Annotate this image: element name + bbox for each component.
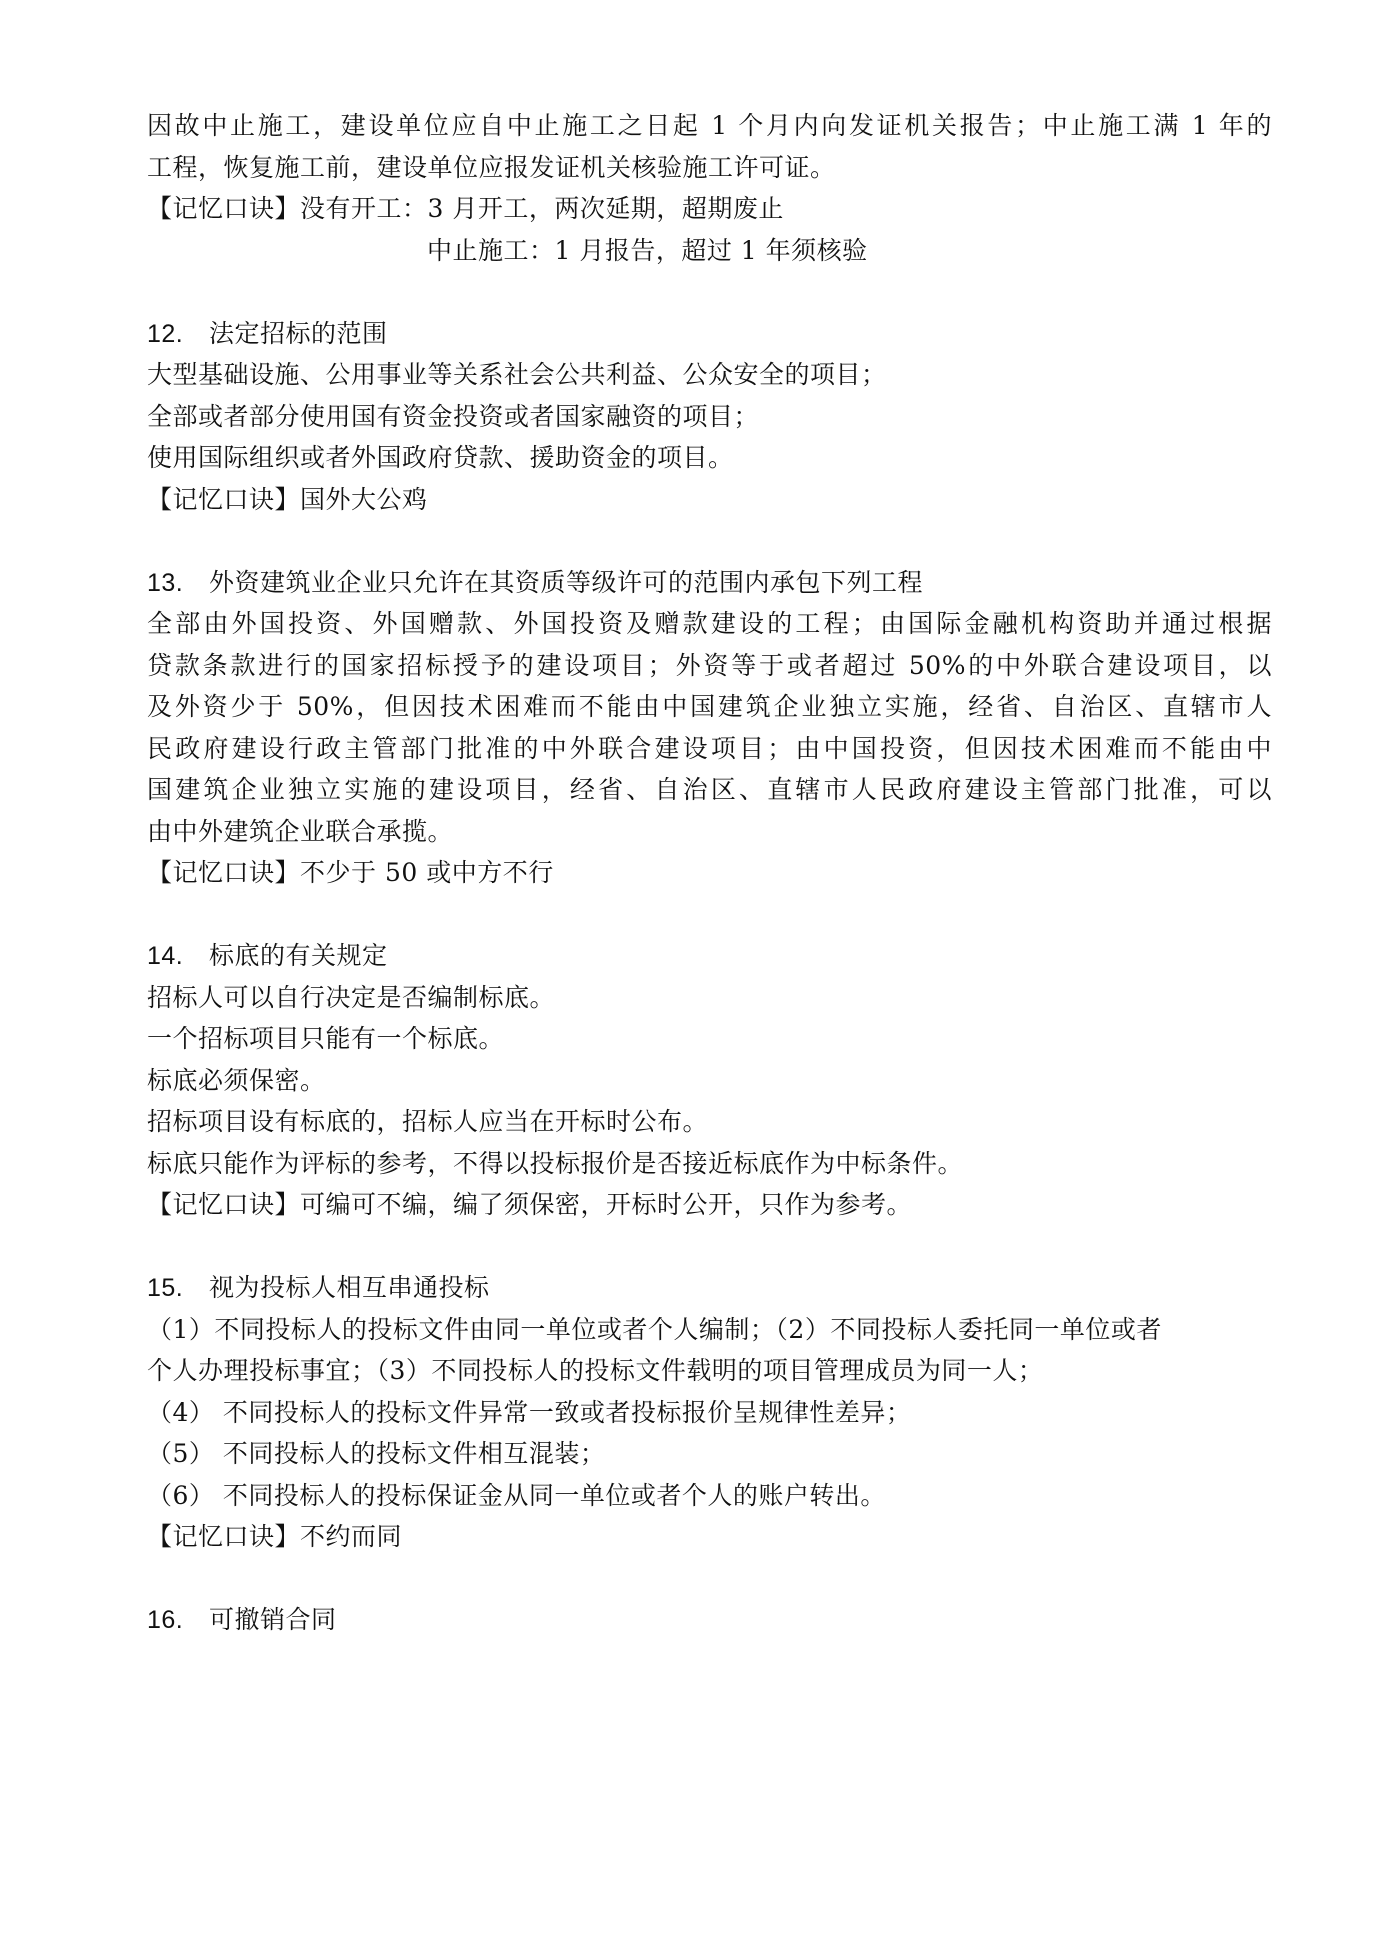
section-heading: 15.视为投标人相互串通投标 xyxy=(147,1267,1272,1309)
memo-line: 【记忆口诀】没有开工：3 月开工，两次延期，超期废止 xyxy=(147,188,1272,230)
list-item: （5） 不同投标人的投标文件相互混装； xyxy=(147,1433,1272,1475)
section-number: 15. xyxy=(147,1268,209,1310)
memo-line: 【记忆口诀】国外大公鸡 xyxy=(147,479,1272,521)
paragraph-line: 民政府建设行政主管部门批准的中外联合建设项目；由中国投资，但因技术困难而不能由中 xyxy=(147,728,1272,770)
paragraph-line: 及外资少于 50%，但因技术困难而不能由中国建筑企业独立实施，经省、自治区、直辖… xyxy=(147,686,1272,728)
section-number: 14. xyxy=(147,936,209,978)
memo-line: 【记忆口诀】不约而同 xyxy=(147,1516,1272,1558)
paragraph-line: 因故中止施工，建设单位应自中止施工之日起 1 个月内向发证机关报告；中止施工满 … xyxy=(147,105,1272,147)
section-title: 标底的有关规定 xyxy=(209,941,388,970)
document-page: 因故中止施工，建设单位应自中止施工之日起 1 个月内向发证机关报告；中止施工满 … xyxy=(147,105,1272,1641)
section-title: 法定招标的范围 xyxy=(209,319,388,348)
section-number: 16. xyxy=(147,1600,209,1642)
spacer xyxy=(147,520,1272,562)
paragraph-line: 工程，恢复施工前，建设单位应报发证机关核验施工许可证。 xyxy=(147,147,1272,189)
section-14: 14.标底的有关规定 招标人可以自行决定是否编制标底。 一个招标项目只能有一个标… xyxy=(147,935,1272,1226)
section-16: 16.可撤销合同 xyxy=(147,1599,1272,1641)
section-13: 13.外资建筑业企业只允许在其资质等级许可的范围内承包下列工程 全部由外国投资、… xyxy=(147,562,1272,894)
spacer xyxy=(147,1226,1272,1268)
section-title: 视为投标人相互串通投标 xyxy=(209,1273,490,1302)
list-item: （4） 不同投标人的投标文件异常一致或者投标报价呈规律性差异； xyxy=(147,1392,1272,1434)
memo-line: 【记忆口诀】不少于 50 或中方不行 xyxy=(147,852,1272,894)
section-12: 12.法定招标的范围 大型基础设施、公用事业等关系社会公共利益、公众安全的项目；… xyxy=(147,313,1272,521)
section-heading: 12.法定招标的范围 xyxy=(147,313,1272,355)
paragraph-line: 标底只能作为评标的参考，不得以投标报价是否接近标底作为中标条件。 xyxy=(147,1143,1272,1185)
memo-line-continued: 中止施工：1 月报告，超过 1 年须核验 xyxy=(147,230,1272,272)
paragraph-line: 全部或者部分使用国有资金投资或者国家融资的项目； xyxy=(147,396,1272,438)
intro-block: 因故中止施工，建设单位应自中止施工之日起 1 个月内向发证机关报告；中止施工满 … xyxy=(147,105,1272,271)
paragraph-line: （1）不同投标人的投标文件由同一单位或者个人编制；（2）不同投标人委托同一单位或… xyxy=(147,1309,1272,1351)
paragraph-line: 使用国际组织或者外国政府贷款、援助资金的项目。 xyxy=(147,437,1272,479)
paragraph-line: 由中外建筑企业联合承揽。 xyxy=(147,811,1272,853)
section-heading: 13.外资建筑业企业只允许在其资质等级许可的范围内承包下列工程 xyxy=(147,562,1272,604)
paragraph-line: 招标项目设有标底的，招标人应当在开标时公布。 xyxy=(147,1101,1272,1143)
section-number: 13. xyxy=(147,563,209,605)
paragraph-line: 国建筑企业独立实施的建设项目，经省、自治区、直辖市人民政府建设主管部门批准，可以 xyxy=(147,769,1272,811)
section-title: 可撤销合同 xyxy=(209,1605,337,1634)
paragraph-line: 全部由外国投资、外国赠款、外国投资及赠款建设的工程；由国际金融机构资助并通过根据 xyxy=(147,603,1272,645)
spacer xyxy=(147,1558,1272,1600)
section-15: 15.视为投标人相互串通投标 （1）不同投标人的投标文件由同一单位或者个人编制；… xyxy=(147,1267,1272,1558)
section-title: 外资建筑业企业只允许在其资质等级许可的范围内承包下列工程 xyxy=(209,568,923,597)
spacer xyxy=(147,271,1272,313)
paragraph-line: 招标人可以自行决定是否编制标底。 xyxy=(147,977,1272,1019)
paragraph-line: 个人办理投标事宜；（3）不同投标人的投标文件载明的项目管理成员为同一人； xyxy=(147,1350,1272,1392)
spacer xyxy=(147,894,1272,936)
paragraph-line: 贷款条款进行的国家招标授予的建设项目；外资等于或者超过 50%的中外联合建设项目… xyxy=(147,645,1272,687)
section-heading: 16.可撤销合同 xyxy=(147,1599,1272,1641)
paragraph-line: 大型基础设施、公用事业等关系社会公共利益、公众安全的项目； xyxy=(147,354,1272,396)
paragraph-line: 一个招标项目只能有一个标底。 xyxy=(147,1018,1272,1060)
section-number: 12. xyxy=(147,314,209,356)
memo-line: 【记忆口诀】可编可不编，编了须保密，开标时公开，只作为参考。 xyxy=(147,1184,1272,1226)
section-heading: 14.标底的有关规定 xyxy=(147,935,1272,977)
paragraph-line: 标底必须保密。 xyxy=(147,1060,1272,1102)
list-item: （6） 不同投标人的投标保证金从同一单位或者个人的账户转出。 xyxy=(147,1475,1272,1517)
